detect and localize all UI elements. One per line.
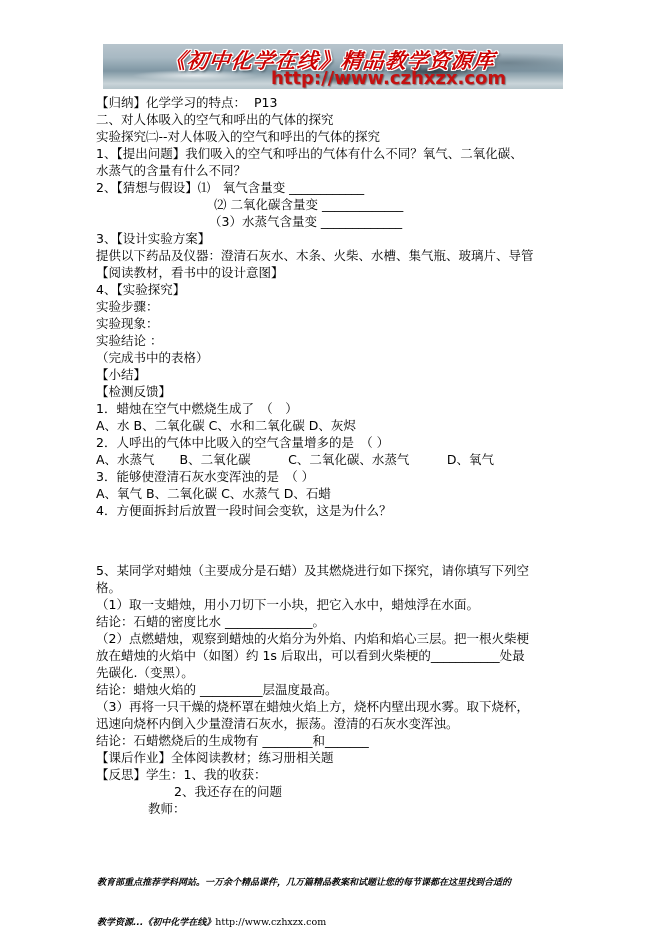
line-hypothesis-3: （3）水蒸气含量变 _____________ [96,213,572,230]
footer-url: http://www.czhxzx.com [215,917,326,928]
line-question-1b: 水蒸气的含量有什么不同？ [96,162,572,179]
line-quiz-2: 2．人呼出的气体中比吸入的空气含量增多的是 （ ） [96,434,572,451]
line-read-textbook: 【阅读教材，看书中的设计意图】 [96,264,572,281]
line-quiz-5-part2b: 放在蜡烛的火焰中（如图）约 1s 后取出，可以看到火柴梗的___________… [96,647,572,664]
line-quiz-1: 1．蜡烛在空气中燃烧生成了 （ ） [96,400,572,417]
line-quiz-5-conclusion1: 结论：石蜡的密度比水 ______________。 [96,613,572,630]
footer-note-line2: 教学资源...《初中化学在线》http://www.czhxzx.com [97,916,573,930]
line-conclusion: 实验结论 ： [96,332,572,349]
line-quiz-5-part1: （1）取一支蜡烛，用小刀切下一小块，把它入水中，蜡烛浮在水面。 [96,596,572,613]
line-quiz-2-options: A、水蒸气 B、二氧化碳 C、二氧化碳、水蒸气 D、氧气 [96,451,572,468]
line-reflect-teacher: 教师： [96,800,572,817]
banner-image: 《初中化学在线》精品教学资源库 http://www.czhxzx.com [103,44,563,89]
line-quiz-5-part3b: 迅速向烧杯内倒入少量澄清石灰水，振荡。澄清的石灰水变浑浊。 [96,715,572,732]
line-quiz-5-conclusion2: 结论：蜡烛火焰的 __________层温度最高。 [96,681,572,698]
line-quiz-3-options: A、氧气 B、二氧化碳 C、水蒸气 D、石蜡 [96,485,572,502]
line-summary-heading: 【小结】 [96,366,572,383]
line-supplies: 提供以下药品及仪器：澄清石灰水、木条、火柴、水槽、集气瓶、玻璃片、导管 [96,247,572,264]
line-reflect-student: 【反思】学生：1、我的收获： [96,766,572,783]
line-steps: 实验步骤： [96,298,572,315]
line-hypothesis-1: 2、【猜想与假设】⑴ 氧气含量变 ____________ [96,179,572,196]
line-quiz-5a: 5、某同学对蜡烛（主要成分是石蜡）及其燃烧进行如下探究，请你填写下列空 [96,562,572,579]
line-question-1a: 1、【提出问题】我们吸入的空气和呼出的气体有什么不同？氧气、二氧化碳、 [96,145,572,162]
line-quiz-5-part3a: （3）再将一只干燥的烧杯罩在蜡烛火焰上方，烧杯内壁出现水雾。取下烧杯， [96,698,572,715]
line-quiz-5-part2a: （2）点燃蜡烛，观察到蜡烛的火焰分为外焰、内焰和焰心三层。把一根火柴梗 [96,630,572,647]
line-complete-table: （完成书中的表格） [96,349,572,366]
banner-url: http://www.czhxzx.com [271,68,506,89]
footer-note-line2-prefix: 教学资源...《初中化学在线》 [97,918,215,928]
line-quiz-3: 3．能够使澄清石灰水变浑浊的是 （ ） [96,468,572,485]
footer-note: 教育部重点推荐学科网站。一万余个精品课件，几万篇精品教案和试题让您的每节课都在这… [97,851,573,935]
line-quiz-5-conclusion3: 结论：石蜡燃烧后的生成物有 ________和_______ [96,732,572,749]
line-hypothesis-2: ⑵ 二氧化碳含量变 _____________ [96,196,572,213]
line-design-heading: 3、【设计实验方案】 [96,230,572,247]
line-experiment-heading: 实验探究㈡--对人体吸入的空气和呼出的气体的探究 [96,128,572,145]
line-phenomena: 实验现象： [96,315,572,332]
line-reflect-student-2: 2、我还存在的问题 [96,783,572,800]
line-guina-heading: 【归纳】化学学习的特点： P13 [96,94,572,111]
document-body: 【归纳】化学学习的特点： P13 二、对人体吸入的空气和呼出的气体的探究 实验探… [96,94,572,817]
line-quiz-4: 4．方便面拆封后放置一段时间会变软，这是为什么？ [96,502,572,519]
footer-note-line1: 教育部重点推荐学科网站。一万余个精品课件，几万篇精品教案和试题让您的每节课都在这… [97,877,573,890]
line-quiz-1-options: A、水 B、二氧化碳 C、水和二氧化碳 D、灰烬 [96,417,572,434]
line-section2-heading: 二、对人体吸入的空气和呼出的气体的探究 [96,111,572,128]
line-quiz-5b: 格。 [96,579,572,596]
line-explore-heading: 4、【实验探究】 [96,281,572,298]
line-feedback-heading: 【检测反馈】 [96,383,572,400]
line-homework-heading: 【课后作业】全体阅读教材；练习册相关题 [96,749,572,766]
line-quiz-5-part2c: 先碳化.（变黑）。 [96,664,572,681]
